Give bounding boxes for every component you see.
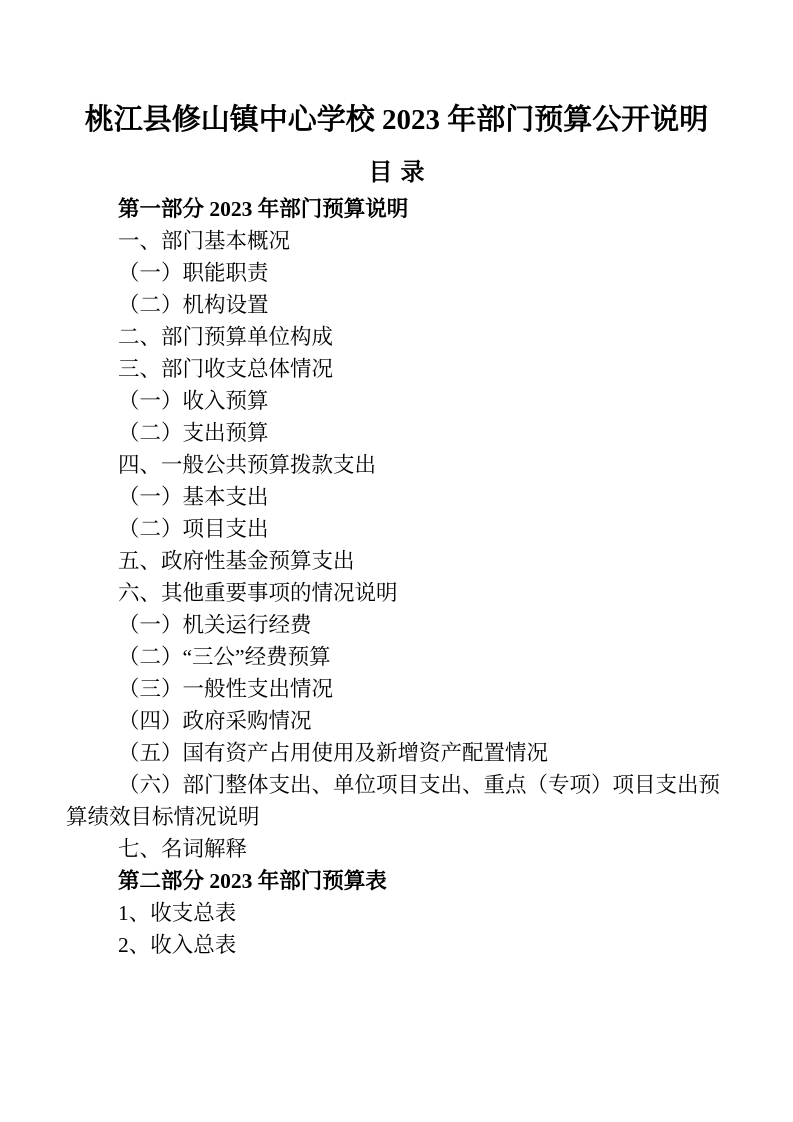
toc-item: （二）机构设置 — [66, 289, 733, 321]
toc-item: 一、部门基本概况 — [66, 225, 733, 257]
document-title: 桃江县修山镇中心学校 2023 年部门预算公开说明 — [60, 100, 733, 140]
part1-heading: 第一部分 2023 年部门预算说明 — [66, 193, 733, 225]
toc-item: （二）项目支出 — [66, 513, 733, 545]
toc-item: （六）部门整体支出、单位项目支出、重点（专项）项目支出预算绩效目标情况说明 — [66, 769, 733, 833]
toc-item: 二、部门预算单位构成 — [66, 321, 733, 353]
toc-item: （二）支出预算 — [66, 417, 733, 449]
toc-item: 四、一般公共预算拨款支出 — [66, 449, 733, 481]
toc-item: 六、其他重要事项的情况说明 — [66, 577, 733, 609]
toc-item: （五）国有资产占用使用及新增资产配置情况 — [66, 737, 733, 769]
toc-item: （三）一般性支出情况 — [66, 673, 733, 705]
toc-heading: 目 录 — [0, 157, 793, 189]
toc-item: （一）职能职责 — [66, 257, 733, 289]
toc-item: （一）收入预算 — [66, 385, 733, 417]
toc-item: （一）基本支出 — [66, 481, 733, 513]
toc-item: （一）机关运行经费 — [66, 609, 733, 641]
toc-item: 七、名词解释 — [66, 833, 733, 865]
toc-item: 2、收入总表 — [66, 929, 733, 961]
toc-item: 1、收支总表 — [66, 897, 733, 929]
toc-item: （二）“三公”经费预算 — [66, 641, 733, 673]
toc-item: 五、政府性基金预算支出 — [66, 545, 733, 577]
toc-item: （四）政府采购情况 — [66, 705, 733, 737]
part2-heading: 第二部分 2023 年部门预算表 — [66, 865, 733, 897]
table-of-contents: 第一部分 2023 年部门预算说明 一、部门基本概况 （一）职能职责 （二）机构… — [66, 193, 733, 961]
document-page: 桃江县修山镇中心学校 2023 年部门预算公开说明 目 录 第一部分 2023 … — [0, 0, 793, 1122]
toc-item: 三、部门收支总体情况 — [66, 353, 733, 385]
